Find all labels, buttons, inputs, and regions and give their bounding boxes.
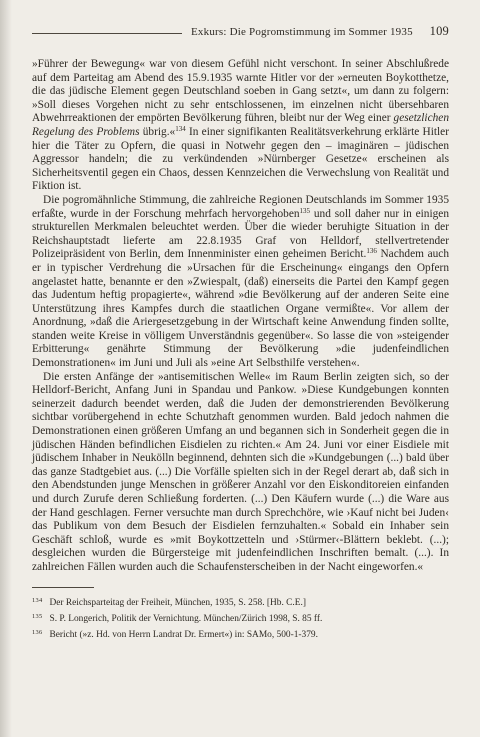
text-segment: übrig.« (140, 126, 176, 138)
footnote-text: Der Reichsparteitag der Freiheit, Münche… (50, 598, 306, 608)
paragraph: Die ersten Anfänge der »antisemitischen … (32, 371, 449, 575)
text-segment: »Führer der Bewegung« war von diesem Gef… (32, 58, 449, 124)
running-head-title: Exkurs: Die Pogromstimmung im Sommer 193… (191, 26, 413, 38)
footnote-marker: 136 (32, 629, 43, 636)
footnote-item: 134Der Reichsparteitag der Freiheit, Mün… (32, 594, 449, 610)
text-segment: Die ersten Anfänge der »antisemitischen … (32, 371, 449, 573)
body-text: »Führer der Bewegung« war von diesem Gef… (32, 58, 449, 575)
paragraph: Die pogromähnliche Stimmung, die zahlrei… (32, 194, 449, 371)
running-head: Exkurs: Die Pogromstimmung im Sommer 193… (32, 24, 449, 39)
footnote-text: S. P. Longerich, Politik der Vernichtung… (50, 614, 323, 624)
book-page: Exkurs: Die Pogromstimmung im Sommer 193… (0, 0, 480, 737)
footnote-list: 134Der Reichsparteitag der Freiheit, Mün… (32, 594, 449, 643)
footnotes-section: 134Der Reichsparteitag der Freiheit, Mün… (32, 587, 449, 643)
footnote-separator-rule (32, 587, 94, 588)
footnote-reference: 136 (366, 247, 377, 255)
footnote-text: Bericht (»z. Hd. von Herrn Landrat Dr. E… (50, 630, 318, 640)
running-head-rule (32, 33, 182, 34)
footnote-marker: 135 (32, 613, 43, 620)
footnote-reference: 134 (175, 125, 186, 133)
text-segment: Nachdem auch er in typischer Verdrehung … (32, 248, 449, 369)
page-number: 109 (430, 24, 449, 39)
footnote-marker: 134 (32, 597, 43, 604)
footnote-item: 135S. P. Longerich, Politik der Vernicht… (32, 610, 449, 626)
footnote-reference: 135 (300, 207, 311, 215)
paragraph: »Führer der Bewegung« war von diesem Gef… (32, 58, 449, 194)
footnote-item: 136Bericht (»z. Hd. von Herrn Landrat Dr… (32, 626, 449, 642)
page-content: Exkurs: Die Pogromstimmung im Sommer 193… (32, 24, 449, 642)
